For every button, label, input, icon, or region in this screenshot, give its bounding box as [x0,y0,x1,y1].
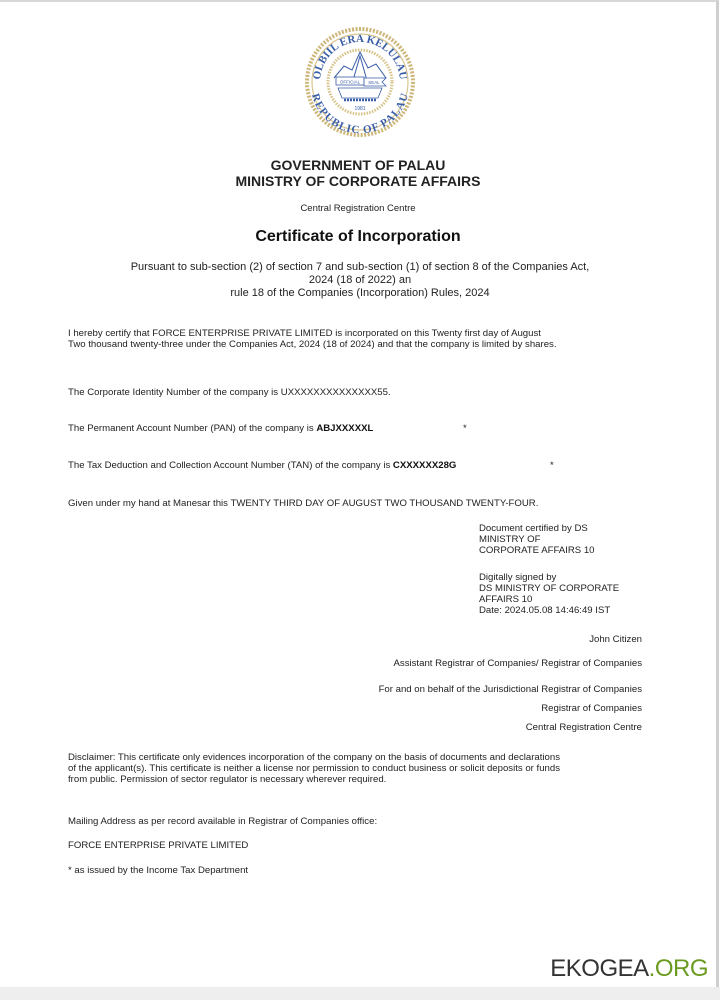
mailing-company-name: FORCE ENTERPRISE PRIVATE LIMITED [68,840,658,851]
signatory-behalf: For and on behalf of the Jurisdictional … [379,684,642,695]
mailing-address-label: Mailing Address as per record available … [68,816,658,827]
registration-centre: Central Registration Centre [0,203,716,214]
signatory-name: John Citizen [589,634,642,645]
disclaimer: Disclaimer: This certificate only eviden… [68,752,658,785]
svg-text:SEAL: SEAL [368,80,380,85]
pursuant-clause: Pursuant to sub-section (2) of section 7… [90,261,630,300]
tan-value: CXXXXXX28G [393,460,456,471]
ekogea-watermark: EKOGEA.ORG [550,955,708,983]
signatory-office: Registrar of Companies [541,703,642,714]
signatory-designation: Assistant Registrar of Companies/ Regist… [394,658,642,669]
ministry-name: MINISTRY OF CORPORATE AFFAIRS [0,173,716,189]
pan-line: The Permanent Account Number (PAN) of th… [68,423,658,434]
issuer-heading: GOVERNMENT OF PALAU MINISTRY OF CORPORAT… [0,157,716,189]
pan-footnote-mark: * [463,423,467,434]
svg-text:OFFICIAL: OFFICIAL [340,80,361,85]
svg-text:1981: 1981 [354,106,365,112]
pan-value: ABJXXXXXL [316,423,373,434]
given-under-hand: Given under my hand at Manesar this TWEN… [68,498,658,509]
certified-by-block: Document certified by DS MINISTRY OF COR… [479,523,595,556]
palau-seal-icon: OLBIIL ERA KELULAU REPUBLIC OF PALAU OFF… [304,22,416,142]
tan-footnote-mark: * [550,460,554,471]
government-name: GOVERNMENT OF PALAU [0,157,716,173]
income-tax-footnote: * as issued by the Income Tax Department [68,865,658,876]
signatory-centre: Central Registration Centre [526,722,642,733]
page-bottom-strip [0,987,720,1000]
certificate-title: Certificate of Incorporation [0,228,716,246]
digital-signature-block: Digitally signed by DS MINISTRY OF CORPO… [479,572,619,616]
tan-line: The Tax Deduction and Collection Account… [68,460,658,471]
certification-statement: I hereby certify that FORCE ENTERPRISE P… [68,328,658,350]
certificate-page: OLBIIL ERA KELULAU REPUBLIC OF PALAU OFF… [0,0,719,987]
cin-line: The Corporate Identity Number of the com… [68,387,658,398]
cin-value: UXXXXXXXXXXXXXX55. [281,387,391,398]
